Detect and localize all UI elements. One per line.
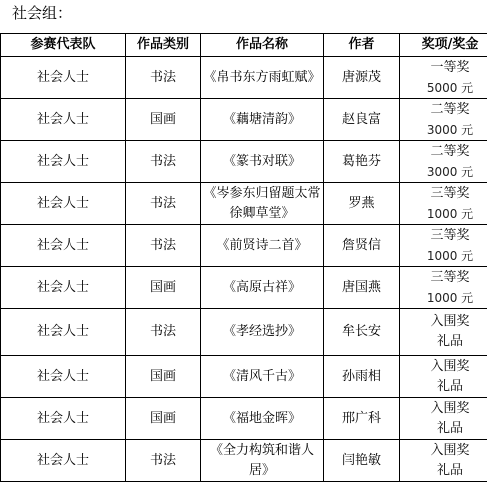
cell-category: 国画 <box>126 356 201 398</box>
cell-title: 《藕塘清韵》 <box>201 99 324 141</box>
cell-author: 罗燕 <box>324 183 400 225</box>
cell-team: 社会人士 <box>1 141 126 183</box>
table-row: 社会人士 书法 《全力构筑和谐人居》 闫艳敏 入围奖礼品 <box>1 440 487 482</box>
award-prize: 礼品 <box>402 377 487 397</box>
table-row: 社会人士 书法 《孝经选抄》 牟长安 入围奖礼品 <box>1 309 487 356</box>
award-level: 三等奖 <box>402 226 487 246</box>
cell-team: 社会人士 <box>1 356 126 398</box>
cell-author: 唐国燕 <box>324 267 400 309</box>
cell-category: 书法 <box>126 440 201 482</box>
cell-award: 三等奖1000 元 <box>400 183 487 225</box>
cell-award: 入围奖礼品 <box>400 398 487 440</box>
cell-author: 詹贤信 <box>324 225 400 267</box>
award-prize: 5000 元 <box>402 78 487 98</box>
cell-team: 社会人士 <box>1 398 126 440</box>
cell-author: 葛艳芬 <box>324 141 400 183</box>
cell-category: 书法 <box>126 141 201 183</box>
award-prize: 礼品 <box>402 419 487 439</box>
header-team: 参赛代表队 <box>1 34 126 57</box>
award-level: 二等奖 <box>402 142 487 162</box>
cell-author: 唐源茂 <box>324 57 400 99</box>
cell-author: 赵良富 <box>324 99 400 141</box>
cell-category: 书法 <box>126 309 201 356</box>
cell-title: 《全力构筑和谐人居》 <box>201 440 324 482</box>
cell-award: 一等奖5000 元 <box>400 57 487 99</box>
cell-title: 《岑参东归留题太常徐卿草堂》 <box>201 183 324 225</box>
table-row: 社会人士 书法 《岑参东归留题太常徐卿草堂》 罗燕 三等奖1000 元 <box>1 183 487 225</box>
table-row: 社会人士 书法 《前贤诗二首》 詹贤信 三等奖1000 元 <box>1 225 487 267</box>
cell-award: 入围奖礼品 <box>400 309 487 356</box>
cell-team: 社会人士 <box>1 99 126 141</box>
header-award: 奖项/奖金 <box>400 34 487 57</box>
cell-title: 《福地金晖》 <box>201 398 324 440</box>
cell-category: 书法 <box>126 183 201 225</box>
cell-category: 书法 <box>126 225 201 267</box>
cell-author: 牟长安 <box>324 309 400 356</box>
cell-title: 《帛书东方雨虹赋》 <box>201 57 324 99</box>
table-row: 社会人士 书法 《篆书对联》 葛艳芬 二等奖3000 元 <box>1 141 487 183</box>
cell-award: 三等奖1000 元 <box>400 225 487 267</box>
award-level: 入围奖 <box>402 441 487 461</box>
cell-team: 社会人士 <box>1 440 126 482</box>
table-row: 社会人士 国画 《福地金晖》 邢广科 入围奖礼品 <box>1 398 487 440</box>
header-title: 作品名称 <box>201 34 324 57</box>
table-row: 社会人士 书法 《帛书东方雨虹赋》 唐源茂 一等奖5000 元 <box>1 57 487 99</box>
award-level: 入围奖 <box>402 357 487 377</box>
cell-category: 书法 <box>126 57 201 99</box>
cell-award: 二等奖3000 元 <box>400 99 487 141</box>
award-prize: 3000 元 <box>402 120 487 140</box>
cell-title: 《高原古祥》 <box>201 267 324 309</box>
cell-category: 国画 <box>126 267 201 309</box>
cell-team: 社会人士 <box>1 267 126 309</box>
cell-category: 国画 <box>126 398 201 440</box>
awards-table: 参赛代表队 作品类别 作品名称 作者 奖项/奖金 社会人士 书法 《帛书东方雨虹… <box>0 33 487 482</box>
award-level: 二等奖 <box>402 100 487 120</box>
cell-category: 国画 <box>126 99 201 141</box>
cell-title: 《篆书对联》 <box>201 141 324 183</box>
award-prize: 1000 元 <box>402 246 487 266</box>
cell-author: 邢广科 <box>324 398 400 440</box>
table-row: 社会人士 国画 《藕塘清韵》 赵良富 二等奖3000 元 <box>1 99 487 141</box>
table-row: 社会人士 国画 《高原古祥》 唐国燕 三等奖1000 元 <box>1 267 487 309</box>
cell-award: 二等奖3000 元 <box>400 141 487 183</box>
cell-team: 社会人士 <box>1 309 126 356</box>
cell-author: 孙雨相 <box>324 356 400 398</box>
cell-award: 入围奖礼品 <box>400 440 487 482</box>
award-level: 入围奖 <box>402 312 487 332</box>
header-category: 作品类别 <box>126 34 201 57</box>
award-level: 一等奖 <box>402 58 487 78</box>
cell-team: 社会人士 <box>1 57 126 99</box>
award-prize: 3000 元 <box>402 162 487 182</box>
award-prize: 礼品 <box>402 332 487 352</box>
table-row: 社会人士 国画 《清风千古》 孙雨相 入围奖礼品 <box>1 356 487 398</box>
cell-award: 三等奖1000 元 <box>400 267 487 309</box>
award-level: 三等奖 <box>402 184 487 204</box>
award-prize: 1000 元 <box>402 204 487 224</box>
cell-author: 闫艳敏 <box>324 440 400 482</box>
header-author: 作者 <box>324 34 400 57</box>
cell-title: 《清风千古》 <box>201 356 324 398</box>
award-level: 入围奖 <box>402 399 487 419</box>
award-prize: 1000 元 <box>402 288 487 308</box>
cell-title: 《前贤诗二首》 <box>201 225 324 267</box>
cell-title: 《孝经选抄》 <box>201 309 324 356</box>
section-caption: 社会组： <box>12 2 72 24</box>
table-header-row: 参赛代表队 作品类别 作品名称 作者 奖项/奖金 <box>1 34 487 57</box>
award-level: 三等奖 <box>402 268 487 288</box>
cell-team: 社会人士 <box>1 183 126 225</box>
award-prize: 礼品 <box>402 461 487 481</box>
cell-team: 社会人士 <box>1 225 126 267</box>
cell-award: 入围奖礼品 <box>400 356 487 398</box>
